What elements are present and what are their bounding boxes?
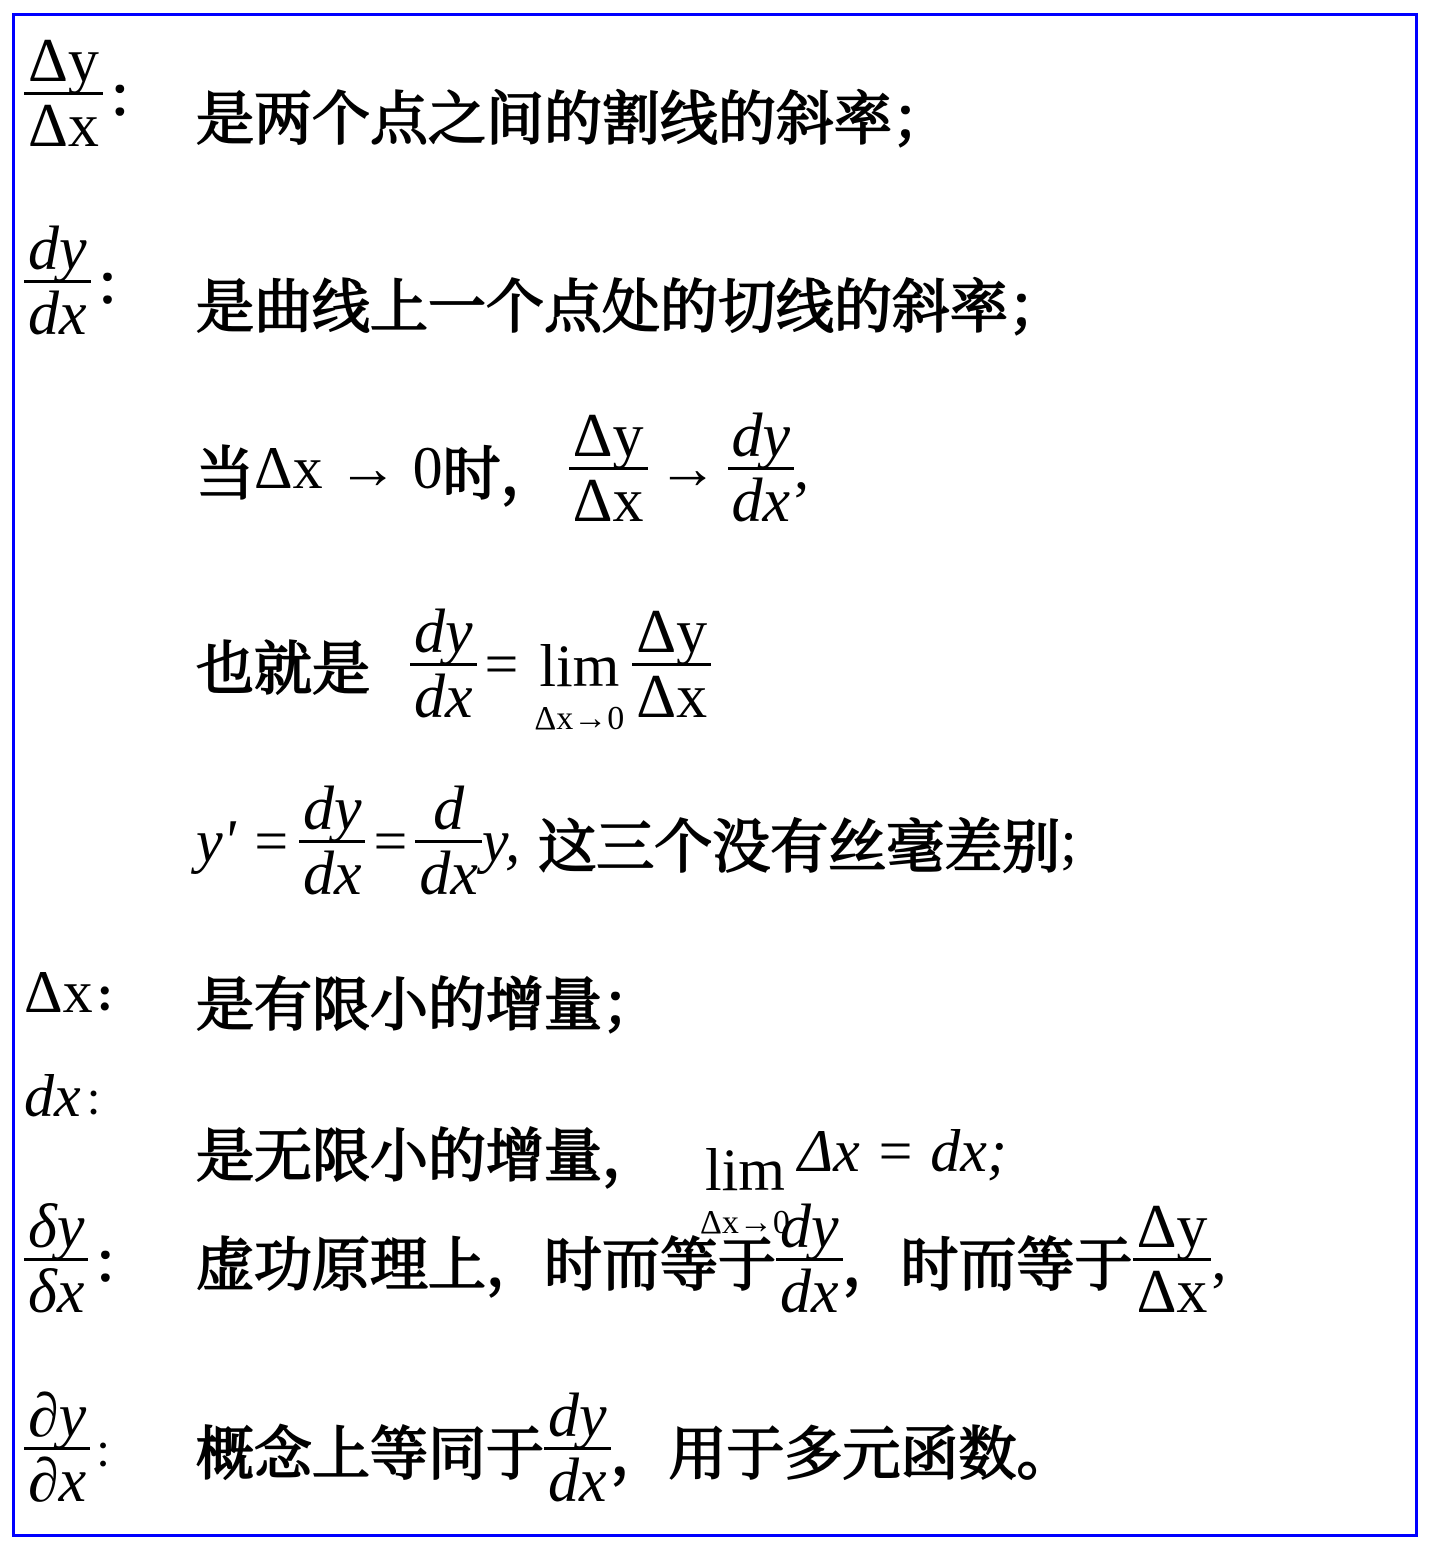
- fraction-dy-over-dx: dy dx: [544, 1385, 611, 1512]
- limit-operator: lim Δx→0: [534, 636, 624, 736]
- definition-derivative-label: dy dx ：: [24, 218, 151, 345]
- definition-partial-label: ∂y ∂x :: [24, 1385, 110, 1512]
- fraction-d-over-dx: d dx: [415, 778, 482, 905]
- limit-statement: 当 Δx → 0 时， Δy Δx → dy dx ,: [196, 405, 809, 532]
- definition-variation-label: δy δx ：: [24, 1196, 148, 1323]
- definition-infinitesimal-label: dx :: [24, 1062, 101, 1131]
- definition-delta-label: Δy Δx ：: [24, 30, 163, 157]
- fraction-dy-over-dx: dy dx: [410, 601, 477, 728]
- definition-finite-increment-text: 是有限小的增量；: [196, 958, 660, 1042]
- fraction-partial-y-over-partial-x: ∂y ∂x: [24, 1385, 90, 1512]
- fraction-dy-over-dx: dy dx: [24, 218, 91, 345]
- fraction-dy-over-dx: dy dx: [776, 1196, 843, 1323]
- fraction-delta-small-y-over-x: δy δx: [24, 1196, 88, 1323]
- definition-delta-text: 是两个点之间的割线的斜率；: [196, 72, 950, 156]
- definition-finite-increment-label: Δx :: [24, 958, 113, 1027]
- fraction-dy-over-dx: dy dx: [728, 405, 795, 532]
- definition-variation-text: 虚功原理上，时而等于 dy dx ，时而等于 Δy Δx ,: [196, 1196, 1226, 1323]
- fraction-delta-y-over-delta-x: Δy Δx: [24, 30, 103, 157]
- fraction-delta-y-over-delta-x: Δy Δx: [569, 405, 648, 532]
- definition-partial-text: 概念上等同于 dy dx ，用于多元函数。: [196, 1385, 1075, 1512]
- fraction-dy-over-dx: dy dx: [299, 778, 366, 905]
- fraction-delta-y-over-delta-x: Δy Δx: [1133, 1196, 1212, 1323]
- limit-definition: 也就是 dy dx = lim Δx→0 Δy Δx: [196, 592, 711, 736]
- notation-equivalence: y' = dy dx = d dx y, 这三个没有丝毫差别 ;: [196, 778, 1077, 905]
- definition-derivative-text: 是曲线上一个点处的切线的斜率；: [196, 260, 1066, 344]
- fraction-delta-y-over-delta-x: Δy Δx: [632, 601, 711, 728]
